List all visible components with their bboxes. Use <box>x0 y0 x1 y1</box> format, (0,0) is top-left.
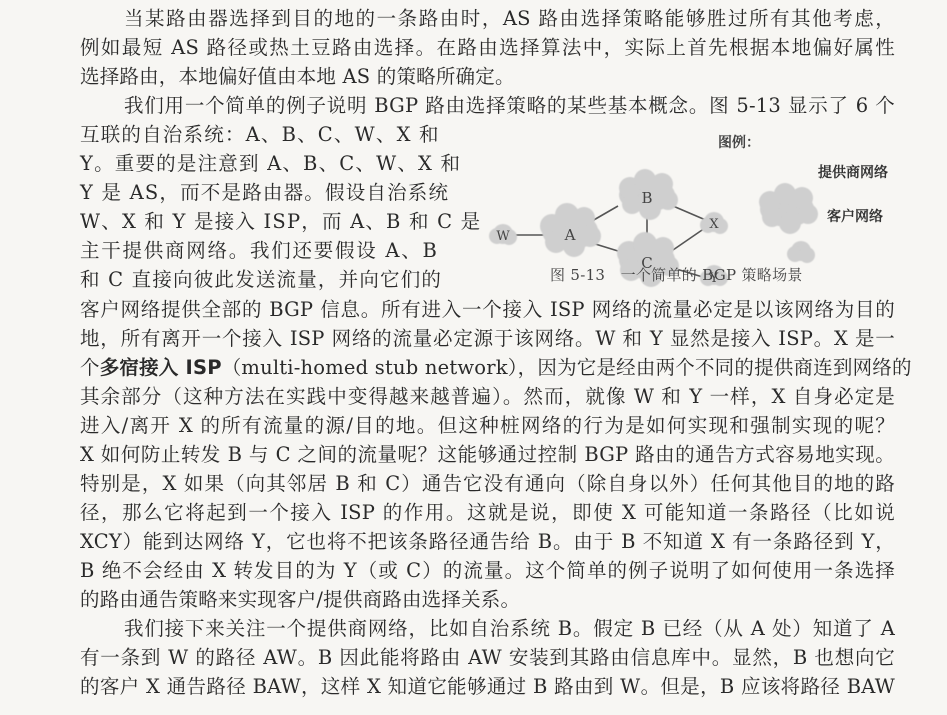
paragraph-2-narrow-line-3: Y 是 AS，而不是路由器。假设自治系统 <box>80 178 438 207</box>
paragraph-3-line-3: 的客户 X 通告路径 BAW，这样 X 知道它能够通过 B 路由到 W。但是，B… <box>80 672 895 701</box>
paragraph-2-rest-line-7: B 绝不会经由 X 转发目的为 Y（或 C）的流量。这个简单的例子说明了如何使用… <box>80 556 895 585</box>
key-term: 多宿接入 ISP <box>100 356 222 379</box>
paragraph-1-line-2: 例如最短 AS 路径或热土豆路由选择。在路由选择算法中，实际上首先根据本地偏好属… <box>80 33 895 62</box>
label-w: W <box>496 229 510 244</box>
paragraph-2-rest-line-8: 的路由通告策略来实现客户/提供商路由选择关系。 <box>80 585 895 614</box>
paragraph-2-rest-line-6: XCY）能到达网络 Y，它也将不把该条路径通告给 B。由于 B 不知道 X 有一… <box>80 527 895 556</box>
paragraph-2-full-line-1: 客户网络提供全部的 BGP 信息。所有进入一个接入 ISP 网络的流量必定是以该… <box>80 295 895 324</box>
term-prefix: 个 <box>80 356 100 379</box>
figure-caption: 图 5-13 一个简单的 BGP 策略场景 <box>550 264 803 285</box>
paragraph-2-narrow-line-2: Y。重要的是注意到 A、B、C、W、X 和 <box>80 149 438 178</box>
paragraph-2-line-1: 我们用一个简单的例子说明 BGP 路由选择策略的某些基本概念。图 5-13 显示… <box>80 91 895 120</box>
figure-5-13: A B C W X Y 图例： 提供商网络 客户网络 图 5-13 一个简单的 … <box>470 118 940 293</box>
paragraph-2-narrow-line-5: 主干提供商网络。我们还要假设 A、B <box>80 236 438 265</box>
paragraph-2-term-line: 个多宿接入 ISP（multi-homed stub network），因为它是… <box>80 353 895 382</box>
paragraph-1-line-3: 选择路由，本地偏好值由本地 AS 的策略所确定。 <box>80 62 895 91</box>
legend-customer-label: 客户网络 <box>827 206 883 226</box>
label-b: B <box>641 189 652 207</box>
paragraph-2-rest-line-3: X 如何防止转发 B 与 C 之间的流量呢？这能够通过控制 BGP 路由的通告方… <box>80 440 895 469</box>
label-a: A <box>564 226 576 244</box>
paragraph-3-line-1: 我们接下来关注一个提供商网络，比如自治系统 B。假定 B 已经（从 A 处）知道… <box>80 614 895 643</box>
paragraph-2-rest-line-5: 径，那么它将起到一个接入 ISP 的作用。这就是说，即使 X 可能知道一条路径（… <box>80 498 895 527</box>
paragraph-2-narrow-line-4: W、X 和 Y 是接入 ISP，而 A、B 和 C 是 <box>80 207 438 236</box>
paragraph-2-rest-line-2: 进入/离开 X 的所有流量的源/目的地。但这种桩网络的行为是如何实现和强制实现的… <box>80 411 895 440</box>
paragraph-2-narrow-line-6: 和 C 直接向彼此发送流量，并向它们的 <box>80 265 438 294</box>
term-suffix: （multi-homed stub network），因为它是经由两个不同的提供… <box>222 356 912 379</box>
legend-title: 图例： <box>718 132 760 152</box>
paragraph-1-line-1: 当某路由器选择到目的地的一条路由时，AS 路由选择策略能够胜过所有其他考虑， <box>80 4 895 33</box>
legend-provider-label: 提供商网络 <box>818 162 888 182</box>
legend-provider-cloud <box>759 183 818 234</box>
paragraph-2-rest-line-4: 特别是，X 如果（向其邻居 B 和 C）通告它没有通向（除自身以外）任何其他目的… <box>80 469 895 498</box>
paragraph-2-rest-line-1: 其余部分（这种方法在实践中变得越来越普遍）。然而，就像 W 和 Y 一样，X 自… <box>80 382 895 411</box>
legend-customer-cloud <box>787 241 815 263</box>
label-x: X <box>709 217 719 232</box>
paragraph-2-narrow-line-1: 互联的自治系统：A、B、C、W、X 和 <box>80 120 438 149</box>
paragraph-3-line-2: 有一条到 W 的路径 AW。B 因此能将路由 AW 安装到其路由信息库中。显然，… <box>80 643 895 672</box>
paragraph-2-full-line-2: 地，所有离开一个接入 ISP 网络的流量必定源于该网络。W 和 Y 显然是接入 … <box>80 324 895 353</box>
